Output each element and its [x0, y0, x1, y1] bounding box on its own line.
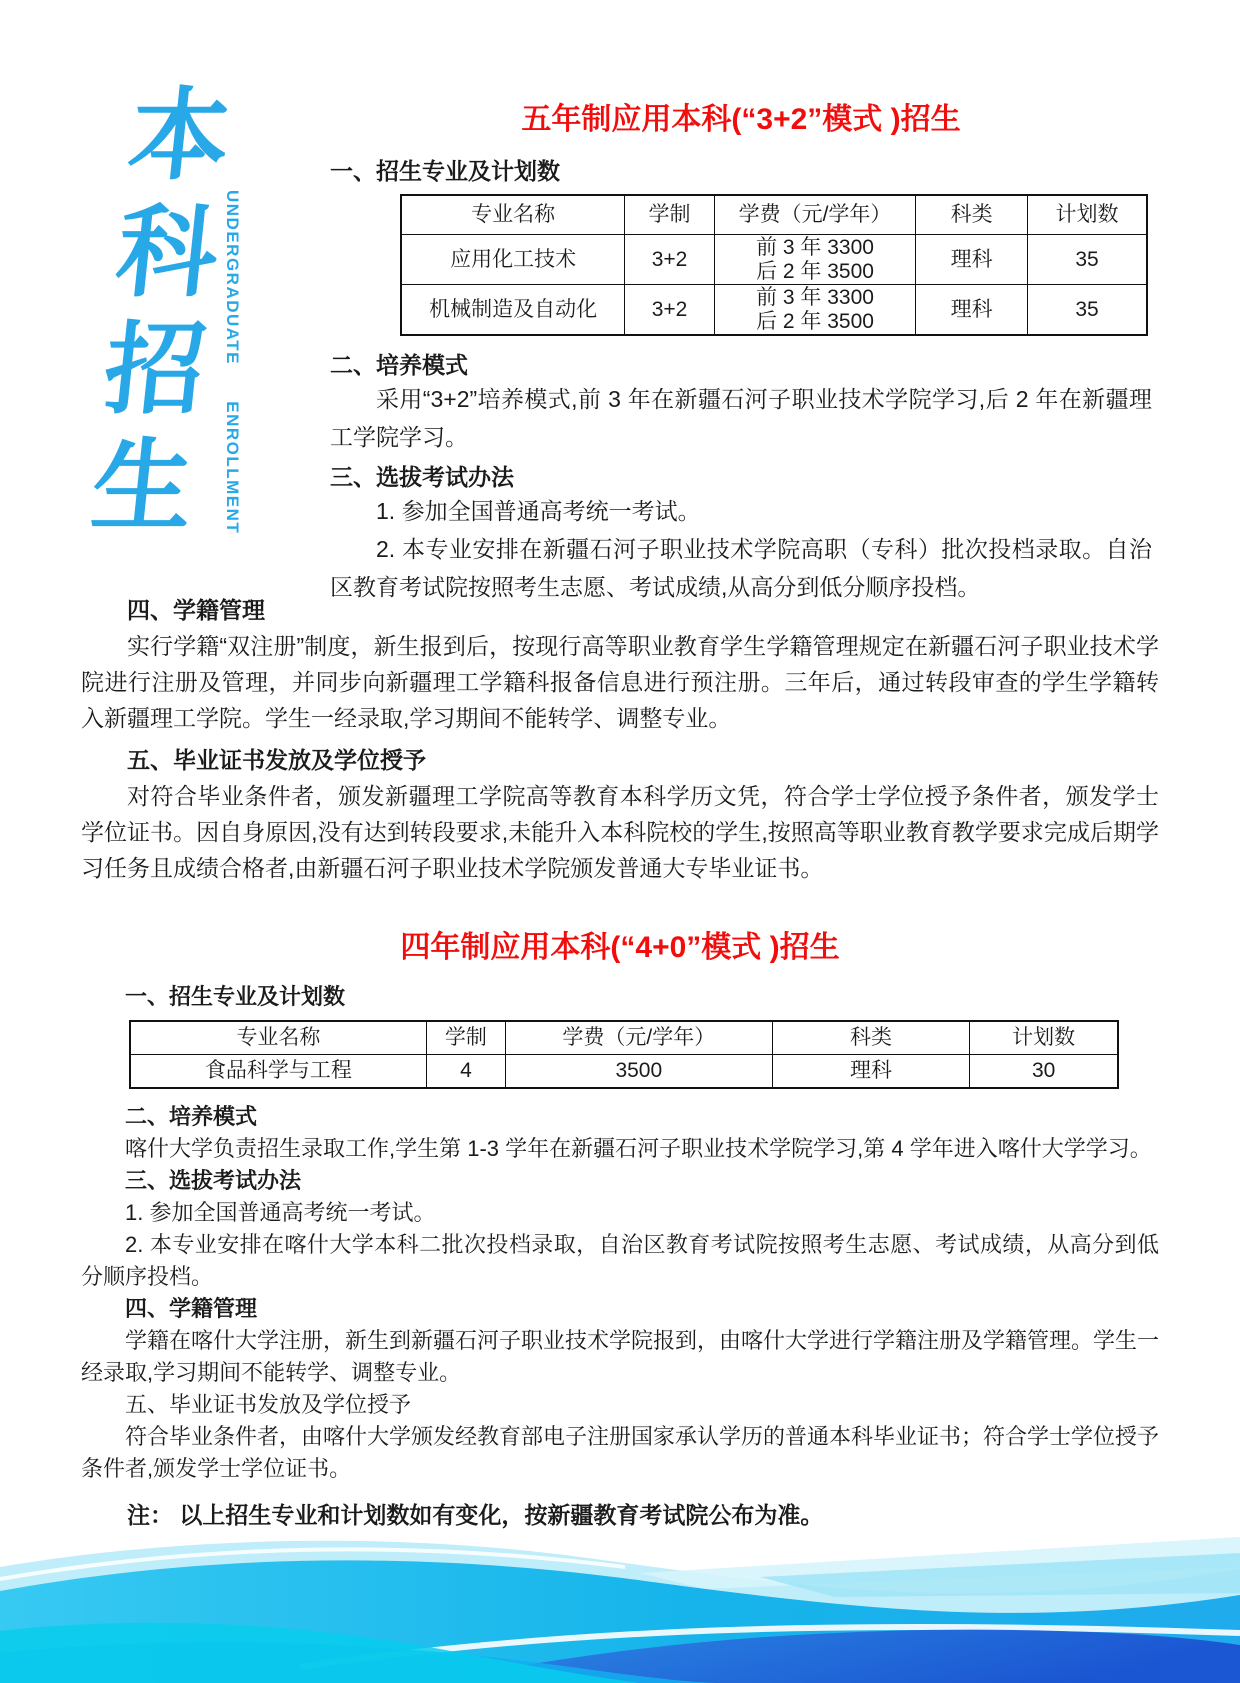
fee-line-1: 前 3 年 3300 — [719, 236, 911, 260]
heading-degree-4yr: 五、毕业证书发放及学位授予 — [81, 1389, 1159, 1421]
paragraph-mode-5yr: 采用“3+2”培养模式,前 3 年在新疆石河子职业技术学院学习,后 2 年在新疆… — [330, 380, 1152, 456]
paragraph-degree-5yr: 对符合毕业条件者，颁发新疆理工学院高等教育本科学历文凭，符合学士学位授予条件者，… — [81, 778, 1159, 886]
col-major: 专业名称 — [401, 195, 625, 235]
note-line: 注： 以上招生专业和计划数如有变化，按新疆教育考试院公布为准。 — [81, 1499, 1159, 1531]
four-year-title: 四年制应用本科(“4+0”模式 )招生 — [81, 928, 1159, 968]
cell-major: 机械制造及自动化 — [401, 285, 625, 336]
paragraph-mode-4yr: 喀什大学负责招生录取工作,学生第 1-3 学年在新疆石河子职业技术学院学习,第 … — [81, 1133, 1159, 1165]
cell-duration: 3+2 — [625, 285, 715, 336]
fee-line-1: 前 3 年 3300 — [719, 286, 911, 310]
enrollment-table-5yr: 专业名称 学制 学费（元/学年） 科类 计划数 应用化工技术 3+2 前 3 年… — [400, 194, 1148, 336]
cell-fee: 3500 — [505, 1055, 772, 1089]
paragraph-status-4yr: 学籍在喀什大学注册，新生到新疆石河子职业技术学院报到，由喀什大学进行学籍注册及学… — [81, 1325, 1159, 1389]
brand-char: 生 — [61, 429, 223, 546]
heading-status-4yr: 四、学籍管理 — [81, 1293, 1159, 1325]
col-track: 科类 — [772, 1021, 970, 1055]
cell-duration: 3+2 — [625, 235, 715, 285]
heading-exam-5yr: 三、选拔考试办法 — [330, 462, 1152, 492]
col-duration: 学制 — [426, 1021, 505, 1055]
paragraph-exam1-4yr: 1. 参加全国普通高考统一考试。 — [81, 1197, 1159, 1229]
cell-duration: 4 — [426, 1055, 505, 1089]
heading-mode-5yr: 二、培养模式 — [330, 350, 1152, 380]
table-header-row: 专业名称 学制 学费（元/学年） 科类 计划数 — [401, 195, 1147, 235]
col-fee: 学费（元/学年） — [505, 1021, 772, 1055]
brand-char: 招 — [74, 312, 236, 429]
table-row: 机械制造及自动化 3+2 前 3 年 3300 后 2 年 3500 理科 35 — [401, 285, 1147, 336]
paragraph-exam1-5yr: 1. 参加全国普通高考统一考试。 — [330, 492, 1152, 530]
cell-fee: 前 3 年 3300 后 2 年 3500 — [714, 285, 915, 336]
paragraph-status-5yr: 实行学籍“双注册”制度，新生报到后，按现行高等职业教育学生学籍管理规定在新疆石河… — [81, 628, 1159, 736]
heading-status-5yr: 四、学籍管理 — [81, 592, 1159, 628]
col-fee: 学费（元/学年） — [714, 195, 915, 235]
cell-major: 食品科学与工程 — [130, 1055, 426, 1089]
cell-track: 理科 — [772, 1055, 970, 1089]
cell-track: 理科 — [916, 285, 1028, 336]
paragraph-degree-4yr: 符合毕业条件者，由喀什大学颁发经教育部电子注册国家承认学历的普通本科毕业证书；符… — [81, 1421, 1159, 1485]
fee-line-2: 后 2 年 3500 — [719, 310, 911, 334]
heading-degree-5yr: 五、毕业证书发放及学位授予 — [81, 742, 1159, 778]
fee-line-2: 后 2 年 3500 — [719, 260, 911, 284]
brand-english-vertical: UNDERGRADUATE ENROLLMENT — [222, 190, 242, 630]
col-track: 科类 — [916, 195, 1028, 235]
section-five-year-continued: 四、学籍管理 实行学籍“双注册”制度，新生报到后，按现行高等职业教育学生学籍管理… — [81, 592, 1159, 886]
brochure-page: 本 科 招 生 UNDERGRADUATE ENROLLMENT 五年制应用本科… — [0, 0, 1240, 1683]
heading-mode-4yr: 二、培养模式 — [81, 1101, 1159, 1133]
col-plan: 计划数 — [1028, 195, 1147, 235]
col-plan: 计划数 — [970, 1021, 1118, 1055]
cell-fee: 前 3 年 3300 后 2 年 3500 — [714, 235, 915, 285]
brand-char: 本 — [98, 78, 260, 195]
cell-plan: 35 — [1028, 285, 1147, 336]
paragraph-exam2-4yr: 2. 本专业安排在喀什大学本科二批次投档录取，自治区教育考试院按照考生志愿、考试… — [81, 1229, 1159, 1293]
heading-plan-4yr: 一、招生专业及计划数 — [81, 982, 1159, 1012]
section-four-year: 一、招生专业及计划数 专业名称 学制 学费（元/学年） 科类 计划数 食品科学与… — [81, 982, 1159, 1531]
col-duration: 学制 — [625, 195, 715, 235]
heading-exam-4yr: 三、选拔考试办法 — [81, 1165, 1159, 1197]
table-row: 食品科学与工程 4 3500 理科 30 — [130, 1055, 1118, 1089]
wave-decoration — [0, 1533, 1240, 1683]
cell-major: 应用化工技术 — [401, 235, 625, 285]
cell-track: 理科 — [916, 235, 1028, 285]
cell-plan: 30 — [970, 1055, 1118, 1089]
five-year-title: 五年制应用本科(“3+2”模式 )招生 — [330, 100, 1152, 140]
cell-plan: 35 — [1028, 235, 1147, 285]
table-header-row: 专业名称 学制 学费（元/学年） 科类 计划数 — [130, 1021, 1118, 1055]
section-five-year: 五年制应用本科(“3+2”模式 )招生 一、招生专业及计划数 专业名称 学制 学… — [330, 100, 1152, 606]
col-major: 专业名称 — [130, 1021, 426, 1055]
heading-plan-5yr: 一、招生专业及计划数 — [330, 156, 1152, 186]
enrollment-table-4yr: 专业名称 学制 学费（元/学年） 科类 计划数 食品科学与工程 4 3500 理… — [129, 1020, 1119, 1089]
table-row: 应用化工技术 3+2 前 3 年 3300 后 2 年 3500 理科 35 — [401, 235, 1147, 285]
